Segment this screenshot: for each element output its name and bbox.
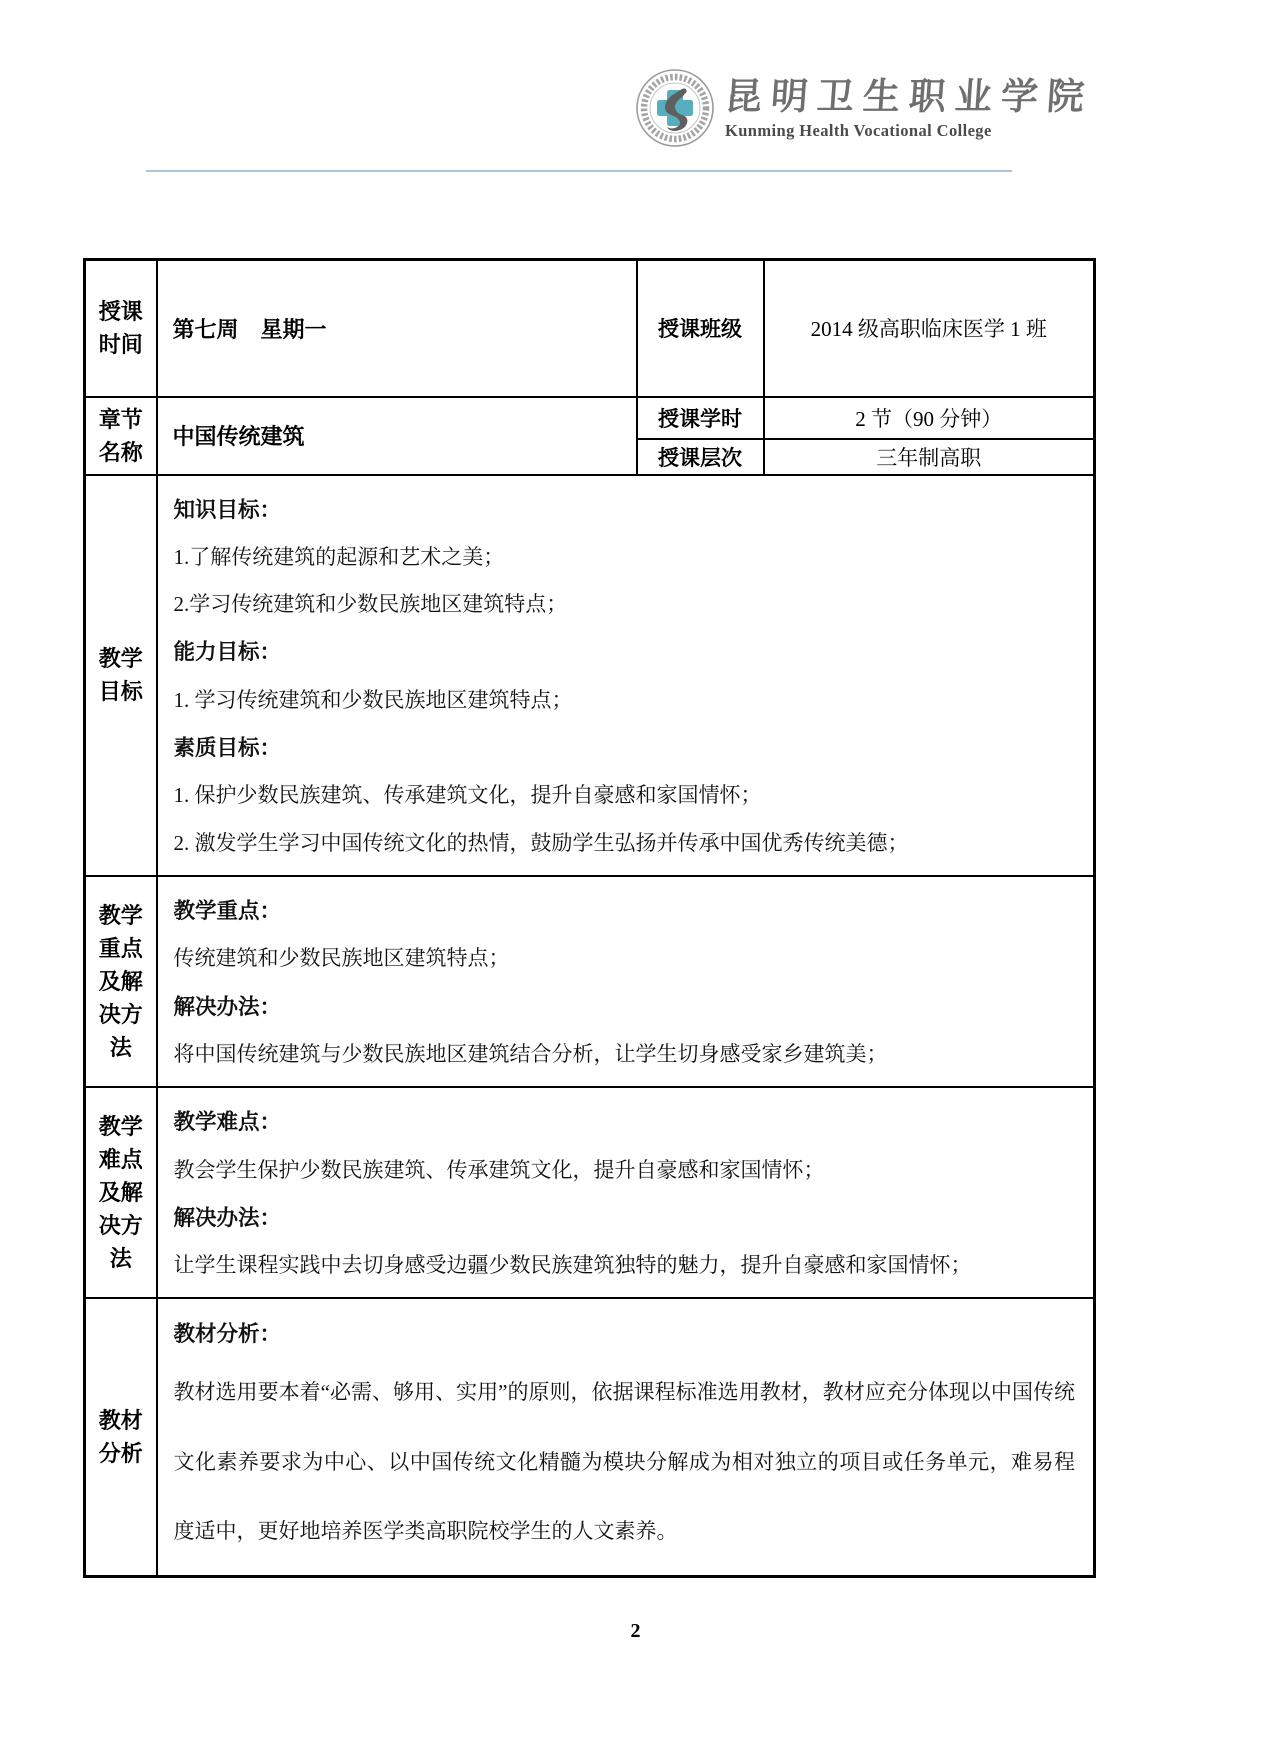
row-label-chapter-name: 章节名称 (85, 397, 157, 475)
college-seal-icon (635, 68, 715, 148)
table-row: 章节名称 中国传统建筑 授课学时 2 节（90 分钟） (85, 397, 1095, 439)
content-line: 1. 保护少数民族建筑、传承建筑文化，提升自豪感和家国情怀； (174, 772, 1076, 819)
college-name-en: Kunming Health Vocational College (725, 121, 1093, 141)
key-points-content: 教学重点：传统建筑和少数民族地区建筑特点；解决办法：将中国传统建筑与少数民族地区… (157, 876, 1095, 1087)
content-line: 解决办法： (174, 1194, 1076, 1242)
table-row: 授课时间 第七周 星期一 授课班级 2014 级高职临床医学 1 班 (85, 260, 1095, 397)
table-row: 教学重点及解决方法 教学重点：传统建筑和少数民族地区建筑特点；解决办法：将中国传… (85, 876, 1095, 1087)
content-line: 1. 学习传统建筑和少数民族地区建筑特点； (174, 677, 1076, 724)
college-name-block: 昆明卫生职业学院 Kunming Health Vocational Colle… (725, 75, 1093, 141)
content-line: 教会学生保护少数民族建筑、传承建筑文化，提升自豪感和家国情怀； (174, 1147, 1076, 1194)
document-page: 昆明卫生职业学院 Kunming Health Vocational Colle… (0, 0, 1271, 1763)
row-label-teaching-time: 授课时间 (85, 260, 157, 397)
teaching-time-value: 第七周 星期一 (157, 260, 637, 397)
material-analysis-content: 教材分析：教材选用要本着“必需、够用、实用”的原则，依据课程标准选用教材，教材应… (157, 1298, 1095, 1576)
content-line: 素质目标： (174, 724, 1076, 772)
table-row: 教学难点及解决方法 教学难点：教会学生保护少数民族建筑、传承建筑文化，提升自豪感… (85, 1087, 1095, 1298)
lesson-plan-table: 授课时间 第七周 星期一 授课班级 2014 级高职临床医学 1 班 章节名称 … (83, 258, 1096, 1578)
content-line: 能力目标： (174, 628, 1076, 676)
row-label-teaching-objectives: 教学目标 (85, 475, 157, 876)
header-divider (146, 170, 1012, 172)
class-value: 2014 级高职临床医学 1 班 (764, 260, 1095, 397)
content-line: 教学重点： (174, 887, 1076, 935)
page-number: 2 (0, 1620, 1271, 1643)
teaching-objectives-content: 知识目标：1.了解传统建筑的起源和艺术之美；2.学习传统建筑和少数民族地区建筑特… (157, 475, 1095, 876)
content-line: 教材选用要本着“必需、够用、实用”的原则，依据课程标准选用教材，教材应充分体现以… (174, 1358, 1076, 1566)
content-line: 2. 激发学生学习中国传统文化的热情，鼓励学生弘扬并传承中国优秀传统美德； (174, 820, 1076, 867)
content-line: 让学生课程实践中去切身感受边疆少数民族建筑独特的魅力，提升自豪感和家国情怀； (174, 1242, 1076, 1289)
table-row: 教材分析 教材分析：教材选用要本着“必需、够用、实用”的原则，依据课程标准选用教… (85, 1298, 1095, 1576)
content-line: 1.了解传统建筑的起源和艺术之美； (174, 534, 1076, 581)
content-line: 传统建筑和少数民族地区建筑特点； (174, 935, 1076, 982)
chapter-name-value: 中国传统建筑 (157, 397, 637, 475)
difficulties-content: 教学难点：教会学生保护少数民族建筑、传承建筑文化，提升自豪感和家国情怀；解决办法… (157, 1087, 1095, 1298)
content-line: 2.学习传统建筑和少数民族地区建筑特点； (174, 581, 1076, 628)
hours-label: 授课学时 (637, 397, 764, 439)
content-line: 解决办法： (174, 983, 1076, 1031)
row-label-material-analysis: 教材分析 (85, 1298, 157, 1576)
class-label: 授课班级 (637, 260, 764, 397)
row-label-key-points: 教学重点及解决方法 (85, 876, 157, 1087)
row-label-difficulties: 教学难点及解决方法 (85, 1087, 157, 1298)
level-value: 三年制高职 (764, 439, 1095, 475)
content-line: 教学难点： (174, 1098, 1076, 1146)
level-label: 授课层次 (637, 439, 764, 475)
content-line: 将中国传统建筑与少数民族地区建筑结合分析，让学生切身感受家乡建筑美； (174, 1031, 1076, 1078)
content-line: 教材分析： (174, 1310, 1076, 1358)
table-row: 教学目标 知识目标：1.了解传统建筑的起源和艺术之美；2.学习传统建筑和少数民族… (85, 475, 1095, 876)
college-name-zh: 昆明卫生职业学院 (724, 75, 1095, 118)
page-header: 昆明卫生职业学院 Kunming Health Vocational Colle… (635, 68, 1093, 148)
content-line: 知识目标： (174, 486, 1076, 534)
hours-value: 2 节（90 分钟） (764, 397, 1095, 439)
